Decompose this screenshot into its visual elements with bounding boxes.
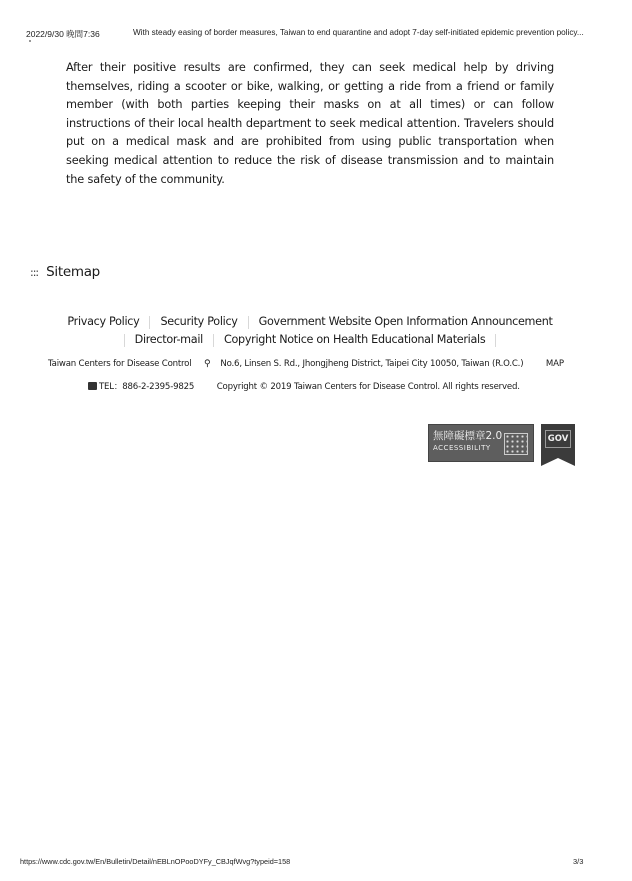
tel: TEL：886-2-2395-9825 (99, 382, 194, 392)
org-info-row: Taiwan Centers for Disease Control ⚲No.6… (48, 359, 574, 369)
link-security-policy[interactable]: Security Policy (160, 315, 237, 328)
link-director-mail[interactable]: Director-mail (135, 333, 203, 346)
link-divider (213, 334, 214, 347)
link-divider (248, 316, 249, 329)
link-divider (495, 334, 496, 347)
map-link[interactable]: MAP (546, 359, 564, 369)
contact-row: TEL：886-2-2395-9825 Copyright © 2019 Tai… (88, 380, 530, 392)
sitemap-title[interactable]: Sitemap (46, 264, 100, 280)
accessibility-badge[interactable]: 無障礙標章2.0 ACCESSIBILITY (428, 424, 534, 462)
map-pin-icon: ⚲ (204, 359, 210, 369)
print-page-number: 3/3 (573, 857, 583, 866)
link-divider (149, 316, 150, 329)
sitemap-heading: ::: Sitemap (30, 264, 100, 280)
gov-label: GOV (545, 430, 571, 448)
copyright: Copyright © 2019 Taiwan Centers for Dise… (217, 382, 520, 392)
footer-links: Privacy PolicySecurity PolicyGovernment … (40, 313, 580, 349)
address: No.6, Linsen S. Rd., Jhongjheng District… (220, 359, 523, 369)
link-open-information[interactable]: Government Website Open Information Anno… (259, 315, 553, 328)
scan-mark (29, 40, 31, 42)
braille-grid-icon (504, 433, 528, 455)
phone-icon (88, 382, 97, 390)
link-copyright-notice[interactable]: Copyright Notice on Health Educational M… (224, 333, 485, 346)
print-page-title: With steady easing of border measures, T… (133, 28, 584, 37)
accessibility-badge-subtitle: ACCESSIBILITY (433, 444, 491, 452)
accessibility-badge-title: 無障礙標章2.0 (433, 428, 502, 443)
address-block: ⚲No.6, Linsen S. Rd., Jhongjheng Distric… (204, 359, 533, 369)
sitemap-dots-icon: ::: (30, 266, 38, 279)
link-privacy-policy[interactable]: Privacy Policy (67, 315, 139, 328)
tel-block: TEL：886-2-2395-9825 (88, 382, 204, 392)
print-date-time: 2022/9/30 晚間7:36 (26, 28, 100, 40)
print-footer-url: https://www.cdc.gov.tw/En/Bulletin/Detai… (20, 857, 290, 866)
gov-badge[interactable]: GOV (541, 424, 575, 458)
article-paragraph: After their positive results are confirm… (66, 59, 554, 189)
article-body: After their positive results are confirm… (66, 59, 554, 189)
org-name: Taiwan Centers for Disease Control (48, 359, 191, 369)
link-divider (124, 334, 125, 347)
